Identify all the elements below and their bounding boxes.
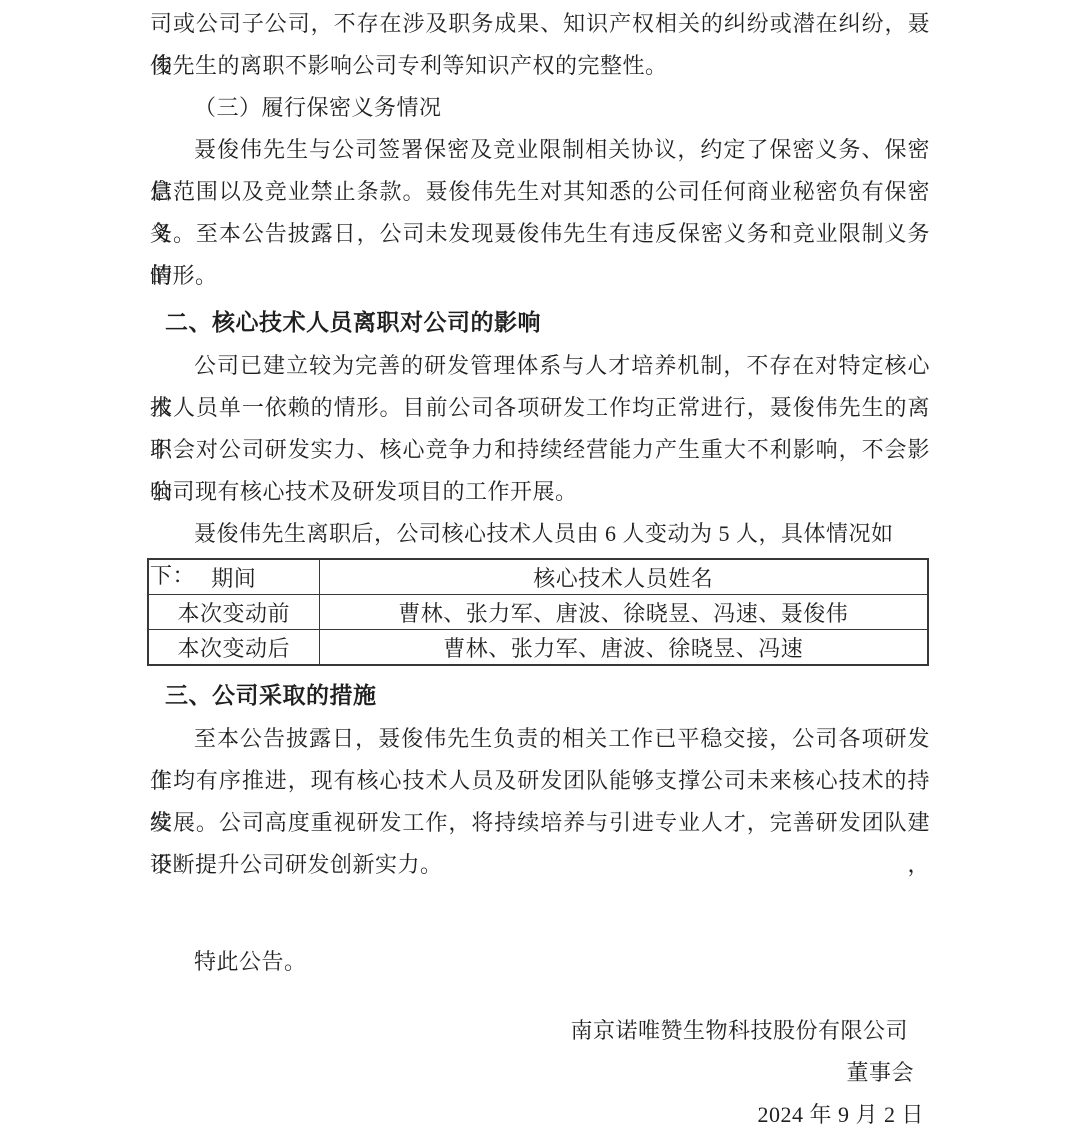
document-content: 司或公司子公司，不存在涉及职务成果、知识产权相关的纠纷或潜在纠纷，聂俊 伟先生的… bbox=[0, 0, 1080, 1136]
table-row: 本次变动前 曹林、张力军、唐波、徐晓昱、冯速、聂俊伟 bbox=[148, 595, 928, 630]
table-cell-names-before: 曹林、张力军、唐波、徐晓昱、冯速、聂俊伟 bbox=[319, 595, 928, 630]
paragraph-line: 公司已建立较为完善的研发管理体系与人才培养机制，不存在对特定核心技 bbox=[150, 345, 930, 387]
closing-statement: 特此公告。 bbox=[150, 941, 930, 983]
paragraph-confidentiality: 聂俊伟先生与公司签署保密及竞业限制相关协议，约定了保密义务、保密信 息范围以及竞… bbox=[150, 129, 930, 297]
table-header-names: 核心技术人员姓名 bbox=[319, 559, 928, 595]
heading-section-3: 三、公司采取的措施 bbox=[165, 674, 930, 718]
paragraph-measures: 至本公告披露日，聂俊伟先生负责的相关工作已平稳交接，公司各项研发工 作均有序推进… bbox=[150, 718, 930, 886]
paragraph-line: 司或公司子公司，不存在涉及职务成果、知识产权相关的纠纷或潜在纠纷，聂俊 bbox=[150, 3, 930, 45]
core-personnel-table: 期间 核心技术人员姓名 本次变动前 曹林、张力军、唐波、徐晓昱、冯速、聂俊伟 本… bbox=[147, 558, 929, 666]
paragraph-table-intro: 聂俊伟先生离职后，公司核心技术人员由 6 人变动为 5 人，具体情况如下： bbox=[150, 513, 930, 555]
paragraph-line: 息范围以及竞业禁止条款。聂俊伟先生对其知悉的公司任何商业秘密负有保密义 bbox=[150, 171, 930, 213]
table-cell-period-after: 本次变动后 bbox=[148, 630, 319, 666]
table-row: 本次变动后 曹林、张力军、唐波、徐晓昱、冯速 bbox=[148, 630, 928, 666]
signature-board: 董事会 bbox=[150, 1052, 930, 1094]
heading-section-2: 二、核心技术人员离职对公司的影响 bbox=[165, 301, 930, 345]
paragraph-line: 务。至本公告披露日，公司未发现聂俊伟先生有违反保密义务和竞业限制义务的 bbox=[150, 213, 930, 255]
paragraph-line: 术人员单一依赖的情形。目前公司各项研发工作均正常进行，聂俊伟先生的离职 bbox=[150, 387, 930, 429]
paragraph-line: 发展。公司高度重视研发工作，将持续培养与引进专业人才，完善研发团队建设， bbox=[150, 802, 930, 844]
signature-company: 南京诺唯赞生物科技股份有限公司 bbox=[150, 1010, 930, 1052]
paragraph-ip-dispute: 司或公司子公司，不存在涉及职务成果、知识产权相关的纠纷或潜在纠纷，聂俊 伟先生的… bbox=[150, 3, 930, 87]
paragraph-impact: 公司已建立较为完善的研发管理体系与人才培养机制，不存在对特定核心技 术人员单一依… bbox=[150, 345, 930, 513]
paragraph-line: 至本公告披露日，聂俊伟先生负责的相关工作已平稳交接，公司各项研发工 bbox=[150, 718, 930, 760]
document-page: 司或公司子公司，不存在涉及职务成果、知识产权相关的纠纷或潜在纠纷，聂俊 伟先生的… bbox=[0, 0, 1080, 1138]
paragraph-line: 伟先生的离职不影响公司专利等知识产权的完整性。 bbox=[150, 45, 930, 87]
paragraph-line: 不会对公司研发实力、核心竞争力和持续经营能力产生重大不利影响，不会影响 bbox=[150, 429, 930, 471]
paragraph-line: 作均有序推进，现有核心技术人员及研发团队能够支撑公司未来核心技术的持续 bbox=[150, 760, 930, 802]
paragraph-line: 公司现有核心技术及研发项目的工作开展。 bbox=[150, 471, 930, 513]
table-header-row: 期间 核心技术人员姓名 bbox=[148, 559, 928, 595]
signature-date: 2024 年 9 月 2 日 bbox=[150, 1094, 930, 1136]
signature-block: 南京诺唯赞生物科技股份有限公司 董事会 2024 年 9 月 2 日 bbox=[150, 1010, 930, 1136]
sub-heading-confidentiality: （三）履行保密义务情况 bbox=[150, 87, 930, 129]
paragraph-line: 情形。 bbox=[150, 255, 930, 297]
table-cell-period-before: 本次变动前 bbox=[148, 595, 319, 630]
paragraph-line: 聂俊伟先生与公司签署保密及竞业限制相关协议，约定了保密义务、保密信 bbox=[150, 129, 930, 171]
table-cell-names-after: 曹林、张力军、唐波、徐晓昱、冯速 bbox=[319, 630, 928, 666]
